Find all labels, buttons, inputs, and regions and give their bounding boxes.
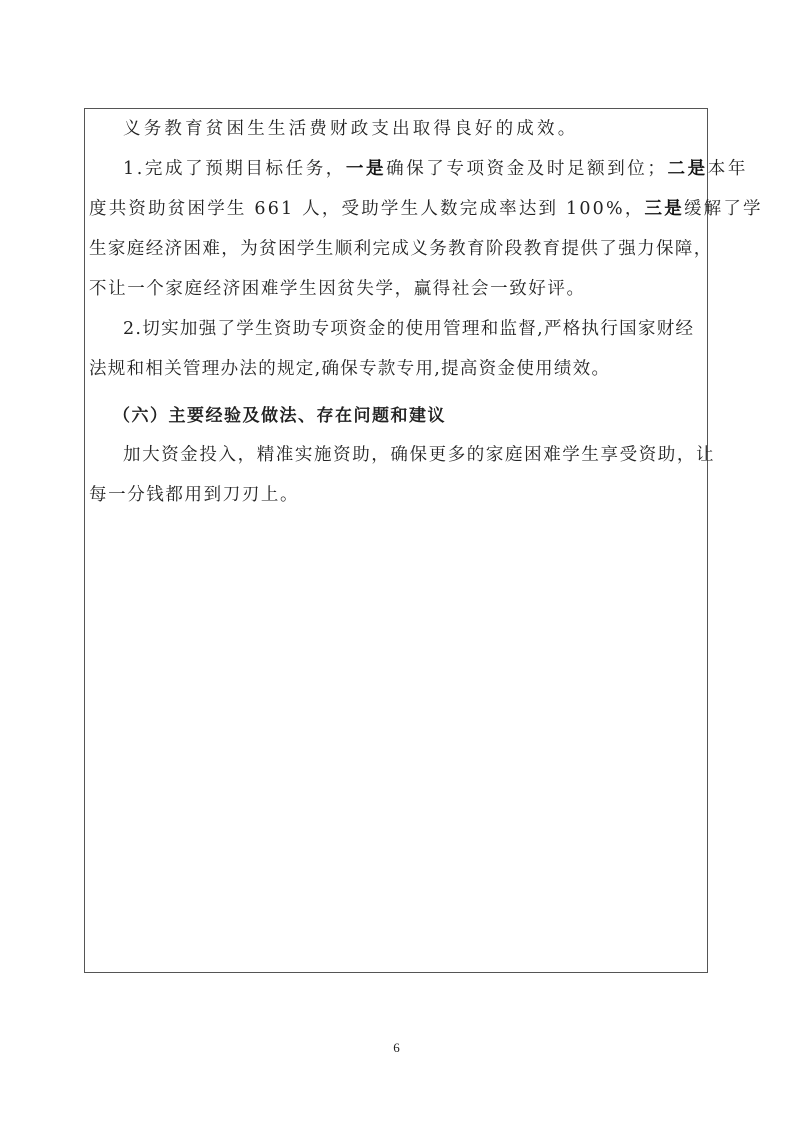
paragraph-line: 1.完成了预期目标任务，一是确保了专项资金及时足额到位；二是本年: [123, 155, 748, 180]
paragraph-line: 不让一个家庭经济困难学生因贫失学，赢得社会一致好评。: [89, 275, 586, 300]
paragraph-line: 2.切实加强了学生资助专项资金的使用管理和监督,严格执行国家财经: [123, 315, 694, 340]
text-segment: 本年: [708, 159, 748, 179]
section-heading: （六）主要经验及做法、存在问题和建议: [113, 401, 446, 426]
bold-segment: 三是: [645, 199, 684, 219]
page-number: 6: [0, 1040, 793, 1056]
content-table-cell: 义务教育贫困生生活费财政支出取得良好的成效。 1.完成了预期目标任务，一是确保了…: [84, 108, 708, 973]
paragraph-line: 每一分钱都用到刀刃上。: [89, 481, 299, 506]
text-segment: 确保了专项资金及时足额到位；: [386, 159, 667, 179]
text-segment: 度共资助贫困学生 661 人，受助学生人数完成率达到 100%，: [89, 199, 645, 219]
paragraph-line: 生家庭经济困难，为贫困学生顺利完成义务教育阶段教育提供了强力保障，: [89, 235, 713, 260]
paragraph-line: 加大资金投入，精准实施资助，确保更多的家庭困难学生享受资助，让: [123, 441, 715, 466]
bold-segment: 一是: [346, 159, 386, 179]
paragraph-line: 义务教育贫困生生活费财政支出取得良好的成效。: [123, 115, 578, 140]
text-segment: 1.完成了预期目标任务，: [123, 159, 346, 179]
paragraph-line: 度共资助贫困学生 661 人，受助学生人数完成率达到 100%，三是缓解了学: [89, 195, 763, 220]
paragraph-line: 法规和相关管理办法的规定,确保专款专用,提高资金使用绩效。: [89, 355, 610, 380]
text-segment: 缓解了学: [684, 199, 763, 219]
bold-segment: 二是: [668, 159, 708, 179]
